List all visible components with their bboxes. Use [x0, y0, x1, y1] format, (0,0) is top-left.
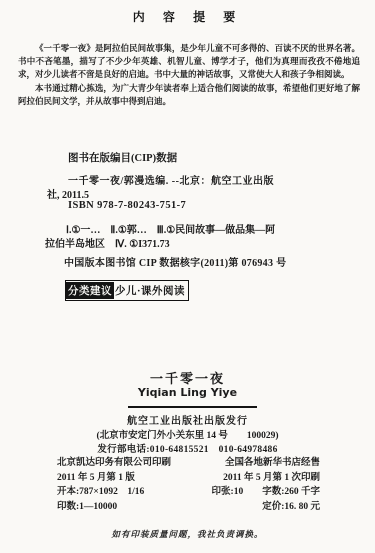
imprint-right-column: 全国各地新华书店经售 2011 年 5 月第 1 次印刷 印张:10 字数:26…: [140, 456, 320, 514]
cip-title-line-2: 社, 2011.5: [47, 186, 89, 201]
publisher-address: (北京市安定门外小关东里 14 号 100029): [0, 427, 375, 441]
book-title-pinyin: Yiqian Ling Yiye: [0, 386, 375, 399]
category-suggestion-value: 少儿·课外阅读: [115, 283, 185, 298]
quality-exchange-note: 如有印装质量问题，我社负责调换。: [0, 528, 375, 540]
cip-isbn: ISBN 978-7-80243-751-7: [68, 200, 186, 211]
cip-heading: 图书在版编目(CIP)数据: [68, 150, 177, 165]
content-summary-heading: 内 容 提 要: [0, 8, 375, 25]
distributor-line: 全国各地新华书店经售: [140, 456, 320, 471]
price-line: 定价:16. 80 元: [140, 500, 320, 515]
printing-line: 2011 年 5 月第 1 次印刷: [140, 471, 320, 486]
category-suggestion-box: 分类建议 少儿·课外阅读: [65, 280, 189, 301]
summary-paragraph-1: 《一千零一夜》是阿拉伯民间故事集，是少年儿童不可多得的、百读不厌的世界名著。书中…: [18, 42, 360, 82]
divider-rule: [128, 406, 257, 408]
sheets-wordcount-line: 印张:10 字数:260 千字: [140, 485, 320, 500]
category-suggestion-label: 分类建议: [66, 282, 114, 299]
book-copyright-page: 内 容 提 要 《一千零一夜》是阿拉伯民间故事集，是少年儿童不可多得的、百读不厌…: [0, 0, 375, 553]
content-summary-body: 《一千零一夜》是阿拉伯民间故事集，是少年儿童不可多得的、百读不厌的世界名著。书中…: [18, 42, 360, 108]
cip-registry-number: 中国版本图书馆 CIP 数据核字(2011)第 076943 号: [64, 254, 286, 269]
summary-paragraph-2: 本书通过精心拣选，为广大青少年读者奉上适合他们阅读的故事，希望他们更好地了解阿拉…: [18, 82, 360, 108]
cip-classification-line-2: 拉伯半岛地区 Ⅳ. ①I371.73: [45, 235, 170, 250]
book-title: 一千零一夜: [0, 368, 375, 387]
cip-classification-line-1: Ⅰ.①一… Ⅱ.①郭… Ⅲ.①民间故事—做品集—阿: [66, 221, 275, 236]
cip-title-line-1: 一千零一夜/郭漫选编. --北京：航空工业出版: [68, 172, 274, 187]
distribution-phone: 发行部电话:010-64815521 010-64978486: [0, 441, 375, 455]
publisher-line: 航空工业出版社出版发行: [0, 412, 375, 427]
